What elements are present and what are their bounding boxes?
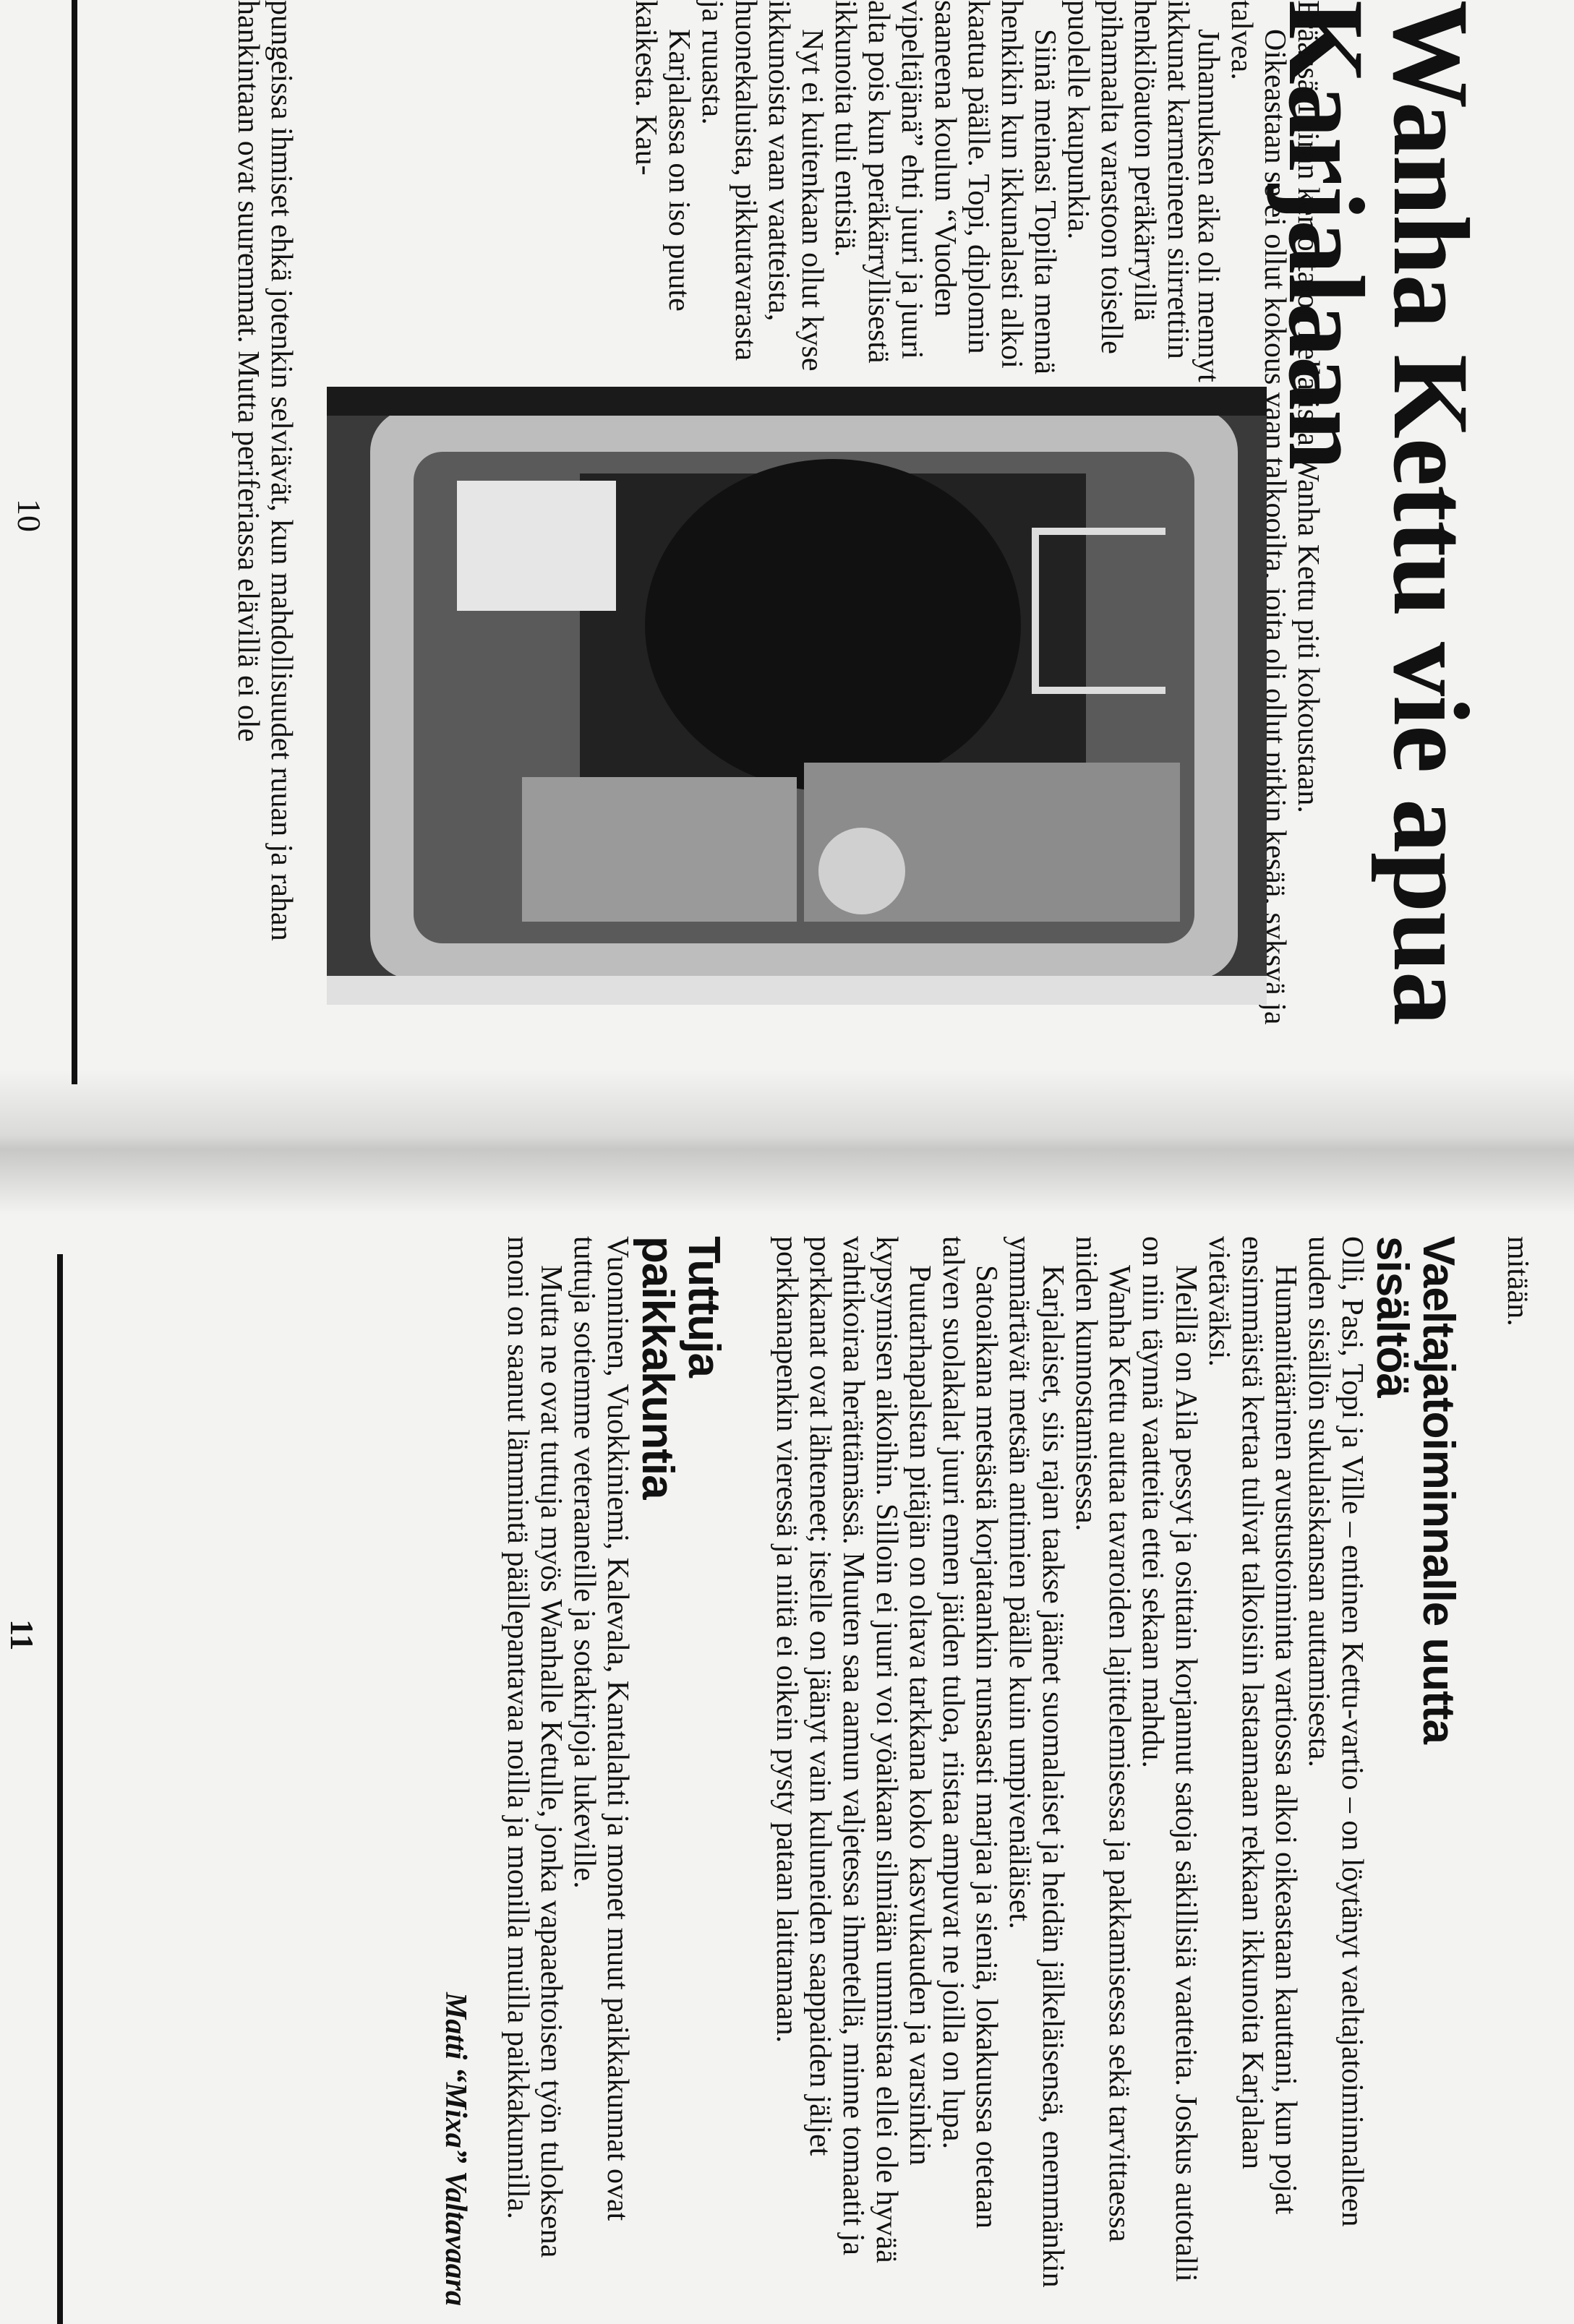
- magazine-spread: Wanha Kettu vie apua Karjalaan Eräässä T…: [0, 0, 1574, 2324]
- section-paragraph: Puutarhapalstan pitäjän on oltava tarkka…: [770, 1236, 936, 2306]
- column-paragraph: Nyt ei kuitenkaan ollut kyse ikkunoista …: [696, 0, 829, 376]
- narrow-column: ikkunat karmeineen siirrettiin henkilöau…: [629, 0, 1194, 376]
- photo-car-trunk-icon: [327, 387, 1267, 1005]
- section-paragraph: Olli, Pasi, Topi ja Ville – entinen Kett…: [1302, 1236, 1369, 2306]
- section-paragraph: Satoaikana metsästä korjataankin runsaas…: [936, 1236, 1003, 2306]
- article-photo: [327, 387, 1267, 1005]
- continuation-text: mitään.: [1501, 1236, 1534, 2306]
- section-paragraph: Karjalaiset, siis rajan taakse jäänet su…: [1003, 1236, 1069, 2306]
- section-paragraph: Mutta ne ovat tuttuja myös Wanhalle Ketu…: [501, 1236, 568, 2306]
- section-paragraph: Meillä on Aila pessyt ja osittain korjan…: [1136, 1236, 1202, 2306]
- closing-text: pungeissa ihmiset ehkä jotenkin selviävä…: [231, 0, 298, 1070]
- page-11-content: mitään. Vaeltajatoiminnalle uutta sisält…: [439, 1236, 1534, 2306]
- page-11: mitään. Vaeltajatoiminnalle uutta sisält…: [0, 1185, 1574, 2324]
- section-paragraph: Vuonninen, Vuokkiniemi, Kalevala, Kantal…: [568, 1236, 634, 2306]
- intro-paragraph: Eräässä Tuiran kerrostalon kellarissa Wa…: [1291, 0, 1325, 1070]
- page-number: 10: [10, 499, 48, 532]
- section-heading: Tuttuja paikkakuntia: [634, 1236, 727, 1525]
- page-number: 11: [3, 1619, 41, 1650]
- section-heading: Vaeltajatoiminnalle uutta sisältöä: [1369, 1236, 1461, 1757]
- closing-paragraph: pungeissa ihmiset ehkä jotenkin selviävä…: [231, 0, 298, 1070]
- column-paragraph: Siinä meinasi Topilta mennä henkikin kun…: [829, 0, 1061, 376]
- column-paragraph: Karjalassa on iso puute kaikesta. Kau-: [629, 0, 696, 376]
- section-paragraph: Wanha Kettu auttaa tavaroiden lajittelem…: [1069, 1236, 1136, 2306]
- footer-rule: [72, 0, 77, 1084]
- author-signature: Matti “Mixa” Valtavaara: [439, 1236, 472, 2306]
- column-paragraph: ikkunat karmeineen siirrettiin henkilöau…: [1061, 0, 1194, 376]
- footer-rule: [57, 1254, 63, 2324]
- section-paragraph: Humanitäärinen avustustoiminta vartiossa…: [1202, 1236, 1302, 2306]
- page-10: Wanha Kettu vie apua Karjalaan Eräässä T…: [0, 0, 1574, 1128]
